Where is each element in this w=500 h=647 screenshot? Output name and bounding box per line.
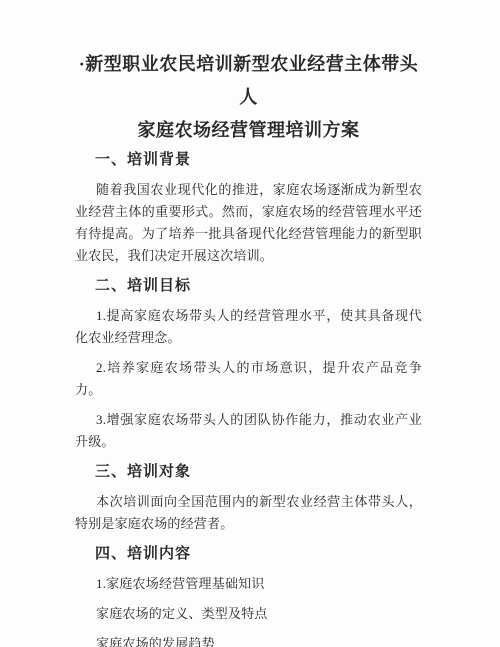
paragraph: 本次培训面向全国范围内的新型农业经营主体带头人，特别是家庭农场的经营者。 <box>75 491 422 535</box>
paragraph: 1.提高家庭农场带头人的经营管理水平，使其具备现代化农业经营理念。 <box>75 305 422 349</box>
paragraph: 家庭农场的发展趋势 <box>75 633 422 647</box>
paragraph: 家庭农场的定义、类型及特点 <box>75 603 422 625</box>
section-heading: 三、培训对象 <box>95 461 422 483</box>
section-content: 四、培训内容 1.家庭农场经营管理基础知识 家庭农场的定义、类型及特点 家庭农场… <box>75 543 422 647</box>
paragraph: 1.家庭农场经营管理基础知识 <box>75 573 422 595</box>
paragraph: 3.增强家庭农场带头人的团队协作能力，推动农业产业升级。 <box>75 409 422 453</box>
section-audience: 三、培训对象 本次培训面向全国范围内的新型农业经营主体带头人，特别是家庭农场的经… <box>75 461 422 535</box>
paragraph: 随着我国农业现代化的推进，家庭农场逐渐成为新型农业经营主体的重要形式。然而，家庭… <box>75 179 422 267</box>
document-title-line-2: 家庭农场经营管理培训方案 <box>75 114 422 147</box>
section-heading: 一、培训背景 <box>95 149 422 171</box>
document-title: ·新型职业农民培训新型农业经营主体带头人 家庭农场经营管理培训方案 <box>75 48 422 147</box>
paragraph: 2.培养家庭农场带头人的市场意识，提升农产品竞争力。 <box>75 357 422 401</box>
document-page: ·新型职业农民培训新型农业经营主体带头人 家庭农场经营管理培训方案 一、培训背景… <box>0 0 500 647</box>
section-goals: 二、培训目标 1.提高家庭农场带头人的经营管理水平，使其具备现代化农业经营理念。… <box>75 275 422 453</box>
section-heading: 二、培训目标 <box>95 275 422 297</box>
document-title-line-1: ·新型职业农民培训新型农业经营主体带头人 <box>75 48 422 114</box>
section-heading: 四、培训内容 <box>95 543 422 565</box>
section-background: 一、培训背景 随着我国农业现代化的推进，家庭农场逐渐成为新型农业经营主体的重要形… <box>75 149 422 267</box>
